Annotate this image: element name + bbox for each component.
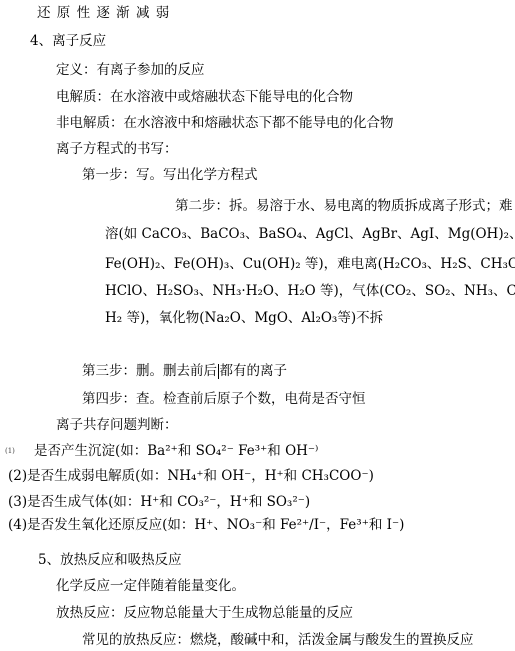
doc-line-ionic-equation-heading: 离子方程式的书写：	[56, 141, 178, 157]
doc-line-coexist-3: (3)是否生成气体(如：H⁺和 CO₃²⁻，H⁺和 SO₃²⁻)	[8, 494, 310, 510]
doc-line-step2-3: Fe(OH)₂、Fe(OH)₃、Cu(OH)₂ 等)，难电离(H₂CO₃、H₂S…	[105, 256, 515, 272]
doc-line-common-exothermic: 常见的放热反应：燃烧，酸碱中和，活泼金属与酸发生的置换反应	[82, 632, 474, 648]
doc-line-step1: 第一步：写。写出化学方程式	[82, 167, 258, 183]
doc-line-coexist-4: (4)是否发生氧化还原反应(如：H⁺、NO₃⁻和 Fe²⁺/I⁻，Fe³⁺和 I…	[8, 517, 404, 533]
doc-line-exothermic-def: 放热反应：反应物总能量大于生成物总能量的反应	[56, 605, 353, 621]
doc-line-step2-1: 第二步：拆。易溶于水、易电离的物质拆成离子形式；难	[175, 198, 513, 214]
step3-text-after: 都有的离子	[220, 363, 288, 379]
doc-line-step2-5: H₂ 等)，氧化物(Na₂O、MgO、Al₂O₃等)不拆	[105, 310, 383, 326]
step3-text-before: 第三步：删。删去前后	[82, 363, 217, 379]
doc-line-energy-change: 化学反应一定伴随着能量变化。	[56, 578, 245, 594]
doc-line-step2-4: HClO、H₂SO₃、NH₃·H₂O、H₂O 等)，气体(CO₂、SO₂、NH₃…	[105, 283, 515, 299]
doc-line-step3: 第三步：删。删去前后都有的离子	[82, 363, 287, 379]
doc-line-definition: 定义：有离子参加的反应	[56, 62, 205, 78]
document-page[interactable]: 还 原 性 逐 渐 减 弱 4、离子反应 定义：有离子参加的反应 电解质：在水溶…	[0, 0, 515, 651]
doc-line-non-electrolyte: 非电解质：在水溶液中和熔融状态下都不能导电的化合物	[56, 115, 394, 131]
doc-line-step2-2: 溶(如 CaCO₃、BaCO₃、BaSO₄、AgCl、AgBr、AgI、Mg(O…	[105, 226, 515, 242]
doc-line-reducing-trend: 还 原 性 逐 渐 减 弱	[37, 5, 170, 21]
coexist-1-margin-marker: (1)	[5, 447, 15, 455]
doc-line-coexistence-heading: 离子共存问题判断：	[56, 417, 178, 433]
doc-line-coexist-1: 是否产生沉淀(如：Ba²⁺和 SO₄²⁻ Fe³⁺和 OH⁻⁾	[34, 443, 318, 459]
section-4-title: 4、离子反应	[30, 33, 106, 49]
section-5-title: 5、放热反应和吸热反应	[38, 552, 182, 568]
doc-line-step4: 第四步：查。检查前后原子个数，电荷是否守恒	[82, 391, 366, 407]
doc-line-electrolyte: 电解质：在水溶液中或熔融状态下能导电的化合物	[56, 89, 353, 105]
doc-line-coexist-2: (2)是否生成弱电解质(如：NH₄⁺和 OH⁻，H⁺和 CH₃COO⁻)	[8, 468, 374, 484]
